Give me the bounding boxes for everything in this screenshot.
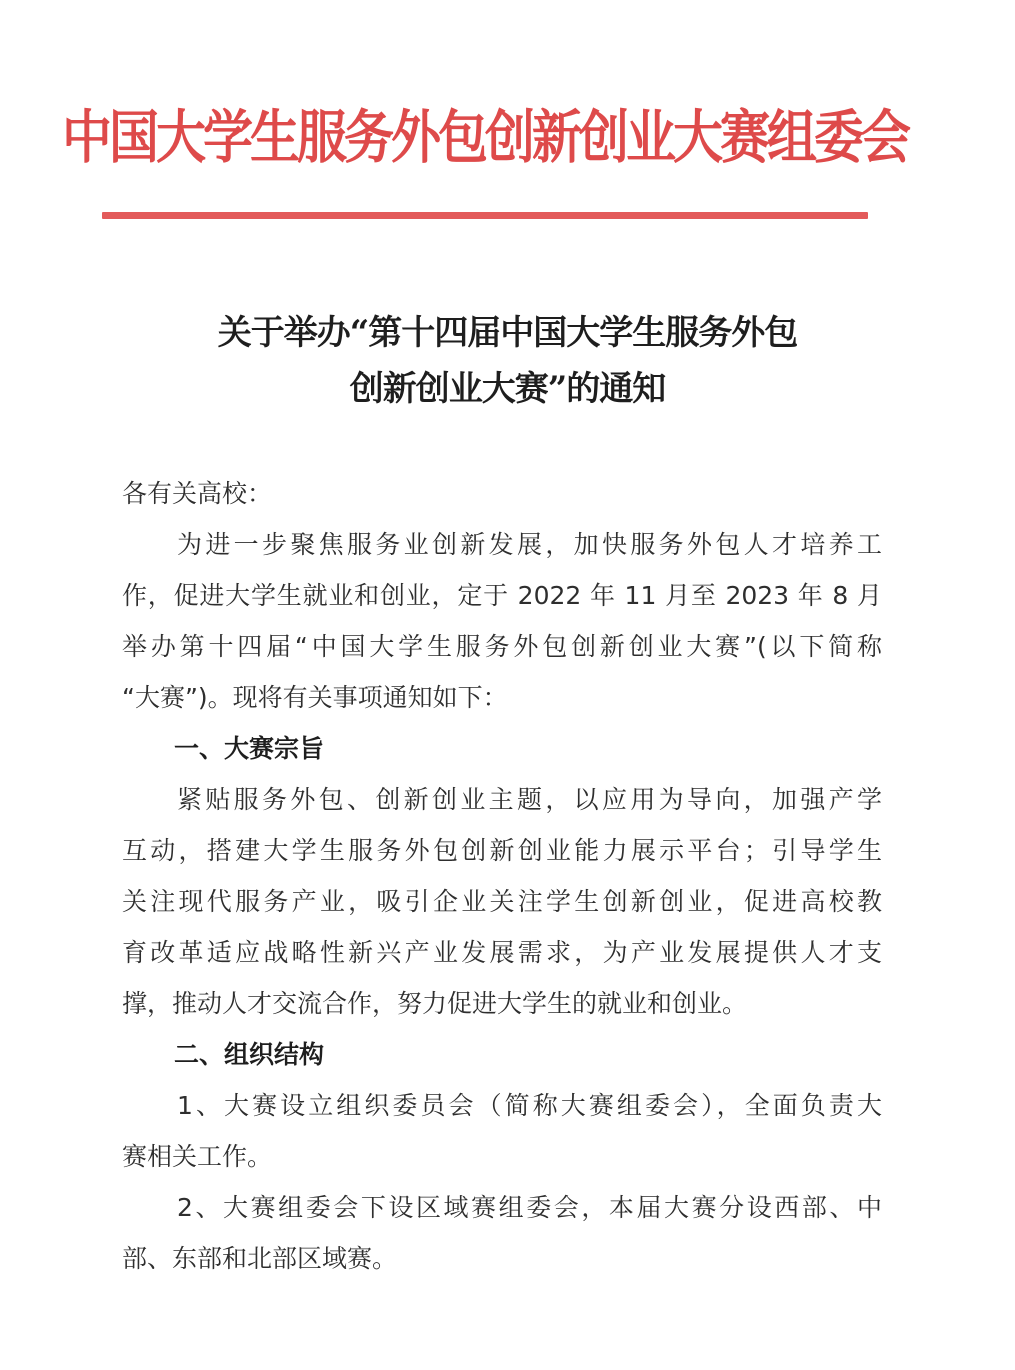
intro-paragraph-line: 为进一步聚焦服务业创新发展，加快服务外包人才培养工 xyxy=(122,519,882,570)
letterhead-red-divider xyxy=(102,212,868,219)
notice-title-line-2: 创新创业大赛”的通知 xyxy=(150,361,865,417)
section-heading-purpose: 一、大赛宗旨 xyxy=(122,723,882,774)
purpose-paragraph-line: 撑，推动人才交流合作，努力促进大学生的就业和创业。 xyxy=(122,978,882,1029)
intro-paragraph-line: 举办第十四届“中国大学生服务外包创新创业大赛”(以下简称 xyxy=(122,621,882,672)
intro-paragraph-line: “大赛”)。现将有关事项通知如下： xyxy=(122,672,882,723)
notice-body: 各有关高校： 为进一步聚焦服务业创新发展，加快服务外包人才培养工 作，促进大学生… xyxy=(122,468,882,1284)
organization-item-2-line: 2、大赛组委会下设区域赛组委会，本届大赛分设西部、中 xyxy=(122,1182,882,1233)
organization-letterhead: 中国大学生服务外包创新创业大赛组委会 xyxy=(100,81,870,185)
purpose-paragraph-line: 紧贴服务外包、创新创业主题，以应用为导向，加强产学 xyxy=(122,774,882,825)
organization-item-1-line: 赛相关工作。 xyxy=(122,1131,882,1182)
organization-item-2-line: 部、东部和北部区域赛。 xyxy=(122,1233,882,1284)
purpose-paragraph-line: 互动，搭建大学生服务外包创新创业能力展示平台；引导学生 xyxy=(122,825,882,876)
purpose-paragraph-line: 育改革适应战略性新兴产业发展需求，为产业发展提供人才支 xyxy=(122,927,882,978)
intro-paragraph-line: 作，促进大学生就业和创业，定于 2022 年 11 月至 2023 年 8 月 xyxy=(122,570,882,621)
purpose-paragraph-line: 关注现代服务产业，吸引企业关注学生创新创业，促进高校教 xyxy=(122,876,882,927)
organization-item-1-line: 1、大赛设立组织委员会（简称大赛组委会），全面负责大 xyxy=(122,1080,882,1131)
notice-title-line-1: 关于举办“第十四届中国大学生服务外包 xyxy=(150,305,865,361)
section-heading-organization: 二、组织结构 xyxy=(122,1029,882,1080)
notice-title: 关于举办“第十四届中国大学生服务外包 创新创业大赛”的通知 xyxy=(150,305,865,417)
salutation: 各有关高校： xyxy=(122,468,882,519)
